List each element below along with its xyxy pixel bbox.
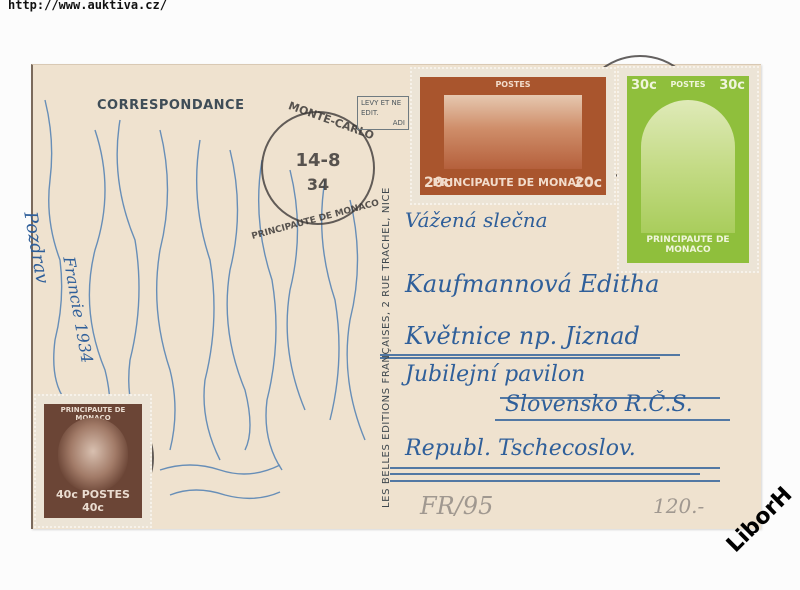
address-line: Jubilejní pavilon: [405, 362, 585, 387]
publisher-line: EDIT.: [361, 108, 405, 118]
stamp-label: POSTES: [420, 80, 606, 89]
stamp-picture: [444, 95, 582, 169]
address-line: Republ. Tschecoslov.: [405, 436, 636, 461]
address-line: Kaufmannová Editha: [405, 270, 659, 298]
stamp-country: PRINCIPAUTE DE MONACO: [420, 176, 606, 189]
postmark-date: 14-8: [295, 150, 340, 171]
postmark-year: 34: [307, 175, 329, 194]
stamp-20c: POSTES 20c 20c PRINCIPAUTE DE MONACO: [410, 67, 616, 205]
stamp-bottom: 40c POSTES 40c: [44, 488, 142, 514]
correspondance-heading: CORRESPONDANCE: [97, 98, 244, 113]
stamp-country: PRINCIPAUTE DE MONACO: [627, 235, 749, 255]
pencil-note-price: 120.-: [653, 494, 704, 518]
stamp-portrait: [58, 418, 128, 492]
stamp-value: 40c: [82, 501, 104, 514]
stamp-value: 40c: [56, 488, 78, 501]
address-line: Slovensko R.Č.S.: [505, 392, 693, 417]
publisher-line: LEVY ET NE: [361, 98, 405, 108]
pencil-note-catalog: FR/95: [420, 492, 493, 520]
postmark-bottom-text: PRINCIPAUTE DE MONACO: [251, 198, 381, 242]
stamp-label: POSTES: [82, 488, 130, 501]
publisher-box: LEVY ET NE EDIT. ADI: [357, 96, 409, 130]
stamp-40c: PRINCIPAUTE DE MONACO 40c POSTES 40c: [34, 394, 152, 528]
address-line: Vážená slečna: [405, 208, 548, 232]
stamp-30c: 30c POSTES 30c PRINCIPAUTE DE MONACO: [617, 66, 759, 273]
publisher-line: ADI: [361, 118, 405, 128]
address-line: Květnice np. Jiznad: [405, 322, 640, 350]
stamp-value: 30c: [719, 78, 745, 93]
stamp-picture: [641, 100, 735, 233]
publisher-vertical-text: LES BELLES EDITIONS FRANÇAISES, 2 RUE TR…: [381, 187, 392, 508]
